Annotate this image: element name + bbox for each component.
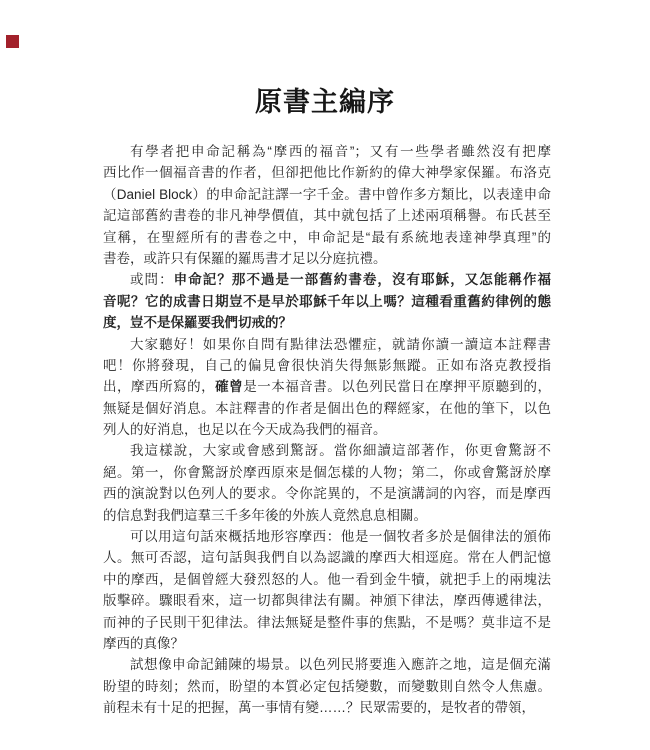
text-line: 書卷，或許只有保羅的羅馬書才足以分庭抗禮。 bbox=[103, 248, 551, 269]
text-line: 吧！你將發現，自己的偏見會很快消失得無影無蹤。正如布洛克教授指 bbox=[103, 355, 551, 376]
text-line: 度，豈不是保羅要我們切戒的？ bbox=[103, 312, 551, 333]
text-segment: 我這樣說，大家或會感到驚訝。當你細讀這部著作，你更會驚訝不 bbox=[130, 443, 551, 458]
text-line: 記這部舊約書卷的非凡神學價值，其中就包括了上述兩項稱譽。布氏甚至 bbox=[103, 205, 551, 226]
paragraph: 試想像申命記鋪陳的場景。以色列民將要進入應許之地，這是個充滿盼望的時刻；然而，盼… bbox=[103, 654, 551, 718]
text-segment: 而神的子民則干犯律法。律法無疑是整件事的焦點，不是嗎？莫非這不是 bbox=[103, 615, 551, 630]
text-line: 或問：申命記？那不過是一部舊約書卷，沒有耶穌，又怎能稱作福 bbox=[103, 269, 551, 290]
text-line: （Daniel Block）的申命記註譯一字千金。書中曾作多方類比，以表達申命 bbox=[103, 184, 551, 205]
text-segment: 試想像申命記鋪陳的場景。以色列民將要進入應許之地，這是個充滿 bbox=[130, 657, 551, 672]
bold-text-segment: 音呢？它的成書日期豈不是早於耶穌千年以上嗎？這種看重舊約律例的態 bbox=[103, 294, 551, 309]
bold-text-segment: 申命記？那不過是一部舊約書卷，沒有耶穌，又怎能稱作福 bbox=[174, 272, 551, 287]
book-page: 原書主編序 有學者把申命記稱為“摩西的福音”；又有一些學者雖然沒有把摩西比作一個… bbox=[0, 0, 650, 750]
text-line: 絕。第一，你會驚訝於摩西原來是個怎樣的人物；第二，你或會驚訝於摩 bbox=[103, 462, 551, 483]
text-segment: 版擊碎。驟眼看來，這一切都與律法有關。神頒下律法，摩西傳遞律法， bbox=[103, 593, 551, 608]
text-line: 西的演說對以色列人的要求。令你詫異的，不是演講詞的內容，而是摩西 bbox=[103, 483, 551, 504]
text-line: 大家聽好！如果你自問有點律法恐懼症，就請你讀一讀這本註釋書 bbox=[103, 334, 551, 355]
bold-text-segment: 度，豈不是保羅要我們切戒的？ bbox=[103, 315, 292, 330]
text-segment: 西的演說對以色列人的要求。令你詫異的，不是演講詞的內容，而是摩西 bbox=[103, 486, 551, 501]
paragraph: 可以用這句話來概括地形容摩西：他是一個牧者多於是個律法的頒佈人。無可否認，這句話… bbox=[103, 526, 551, 654]
text-segment: 記這部舊約書卷的非凡神學價值，其中就包括了上述兩項稱譽。布氏甚至 bbox=[103, 208, 551, 223]
text-line: 試想像申命記鋪陳的場景。以色列民將要進入應許之地，這是個充滿 bbox=[103, 654, 551, 675]
text-segment: 宣稱，在聖經所有的書卷之中，申命記是“最有系統地表達神學真理”的 bbox=[103, 230, 551, 245]
text-line: 人。無可否認，這句話與我們自以為認識的摩西大相逕庭。常在人們記憶 bbox=[103, 547, 551, 568]
paragraph: 我這樣說，大家或會感到驚訝。當你細讀這部著作，你更會驚訝不絕。第一，你會驚訝於摩… bbox=[103, 440, 551, 526]
text-segment: 摩西的真像？ bbox=[103, 636, 184, 651]
text-segment: 列人的好消息，也足以在今天成為我們的福音。 bbox=[103, 422, 387, 437]
text-line: 無疑是個好消息。本註釋書的作者是個出色的釋經家，在他的筆下，以色 bbox=[103, 398, 551, 419]
text-segment: 可以用這句話來概括地形容摩西：他是一個牧者多於是個律法的頒佈 bbox=[130, 529, 551, 544]
text-line: 可以用這句話來概括地形容摩西：他是一個牧者多於是個律法的頒佈 bbox=[103, 526, 551, 547]
text-segment: 出，摩西所寫的， bbox=[103, 379, 215, 394]
paragraph: 大家聽好！如果你自問有點律法恐懼症，就請你讀一讀這本註釋書吧！你將發現，自己的偏… bbox=[103, 334, 551, 441]
text-segment: 西比作一個福音書的作者，但卻把他比作新約的偉大神學家保羅。布洛克 bbox=[103, 165, 551, 180]
text-line: 音呢？它的成書日期豈不是早於耶穌千年以上嗎？這種看重舊約律例的態 bbox=[103, 291, 551, 312]
text-line: 出，摩西所寫的，確曾是一本福音書。以色列民當日在摩押平原聽到的， bbox=[103, 376, 551, 397]
text-segment: （Daniel Block）的申命記註譯一字千金。書中曾作多方類比，以表達申命 bbox=[103, 187, 551, 202]
text-segment: 中的摩西，是個曾經大發烈怒的人。他一看到金牛犢，就把手上的兩塊法 bbox=[103, 572, 551, 587]
text-line: 中的摩西，是個曾經大發烈怒的人。他一看到金牛犢，就把手上的兩塊法 bbox=[103, 569, 551, 590]
text-line: 我這樣說，大家或會感到驚訝。當你細讀這部著作，你更會驚訝不 bbox=[103, 440, 551, 461]
text-segment: 書卷，或許只有保羅的羅馬書才足以分庭抗禮。 bbox=[103, 251, 387, 266]
text-segment: 絕。第一，你會驚訝於摩西原來是個怎樣的人物；第二，你或會驚訝於摩 bbox=[103, 465, 551, 480]
text-segment: 有學者把申命記稱為“摩西的福音”；又有一些學者雖然沒有把摩 bbox=[130, 144, 551, 159]
text-segment: 無疑是個好消息。本註釋書的作者是個出色的釋經家，在他的筆下，以色 bbox=[103, 401, 551, 416]
text-segment: 盼望的時刻；然而，盼望的本質必定包括變數，而變數則自然令人焦慮。 bbox=[103, 679, 551, 694]
chapter-tab bbox=[6, 35, 19, 48]
paragraph: 或問：申命記？那不過是一部舊約書卷，沒有耶穌，又怎能稱作福音呢？它的成書日期豈不… bbox=[103, 269, 551, 333]
text-segment: 吧！你將發現，自己的偏見會很快消失得無影無蹤。正如布洛克教授指 bbox=[103, 358, 551, 373]
text-line: 摩西的真像？ bbox=[103, 633, 551, 654]
text-segment: 人。無可否認，這句話與我們自以為認識的摩西大相逕庭。常在人們記憶 bbox=[103, 550, 551, 565]
page-title: 原書主編序 bbox=[0, 80, 650, 119]
text-line: 列人的好消息，也足以在今天成為我們的福音。 bbox=[103, 419, 551, 440]
text-segment: 是一本福音書。以色列民當日在摩押平原聽到的， bbox=[243, 379, 551, 394]
text-line: 宣稱，在聖經所有的書卷之中，申命記是“最有系統地表達神學真理”的 bbox=[103, 227, 551, 248]
text-line: 西比作一個福音書的作者，但卻把他比作新約的偉大神學家保羅。布洛克 bbox=[103, 162, 551, 183]
text-line: 而神的子民則干犯律法。律法無疑是整件事的焦點，不是嗎？莫非這不是 bbox=[103, 612, 551, 633]
text-segment: 前程未有十足的把握，萬一事情有變……？民眾需要的，是牧者的帶領， bbox=[103, 700, 535, 715]
paragraph: 有學者把申命記稱為“摩西的福音”；又有一些學者雖然沒有把摩西比作一個福音書的作者… bbox=[103, 141, 551, 269]
text-line: 盼望的時刻；然而，盼望的本質必定包括變數，而變數則自然令人焦慮。 bbox=[103, 676, 551, 697]
text-segment: 或問： bbox=[130, 272, 174, 287]
text-line: 前程未有十足的把握，萬一事情有變……？民眾需要的，是牧者的帶領， bbox=[103, 697, 551, 718]
bold-text-segment: 確曾 bbox=[215, 379, 243, 394]
text-line: 有學者把申命記稱為“摩西的福音”；又有一些學者雖然沒有把摩 bbox=[103, 141, 551, 162]
text-line: 的信息對我們這羣三千多年後的外族人竟然息息相關。 bbox=[103, 505, 551, 526]
text-line: 版擊碎。驟眼看來，這一切都與律法有關。神頒下律法，摩西傳遞律法， bbox=[103, 590, 551, 611]
body-text: 有學者把申命記稱為“摩西的福音”；又有一些學者雖然沒有把摩西比作一個福音書的作者… bbox=[103, 141, 551, 719]
text-segment: 大家聽好！如果你自問有點律法恐懼症，就請你讀一讀這本註釋書 bbox=[130, 337, 551, 352]
text-segment: 的信息對我們這羣三千多年後的外族人竟然息息相關。 bbox=[103, 508, 427, 523]
